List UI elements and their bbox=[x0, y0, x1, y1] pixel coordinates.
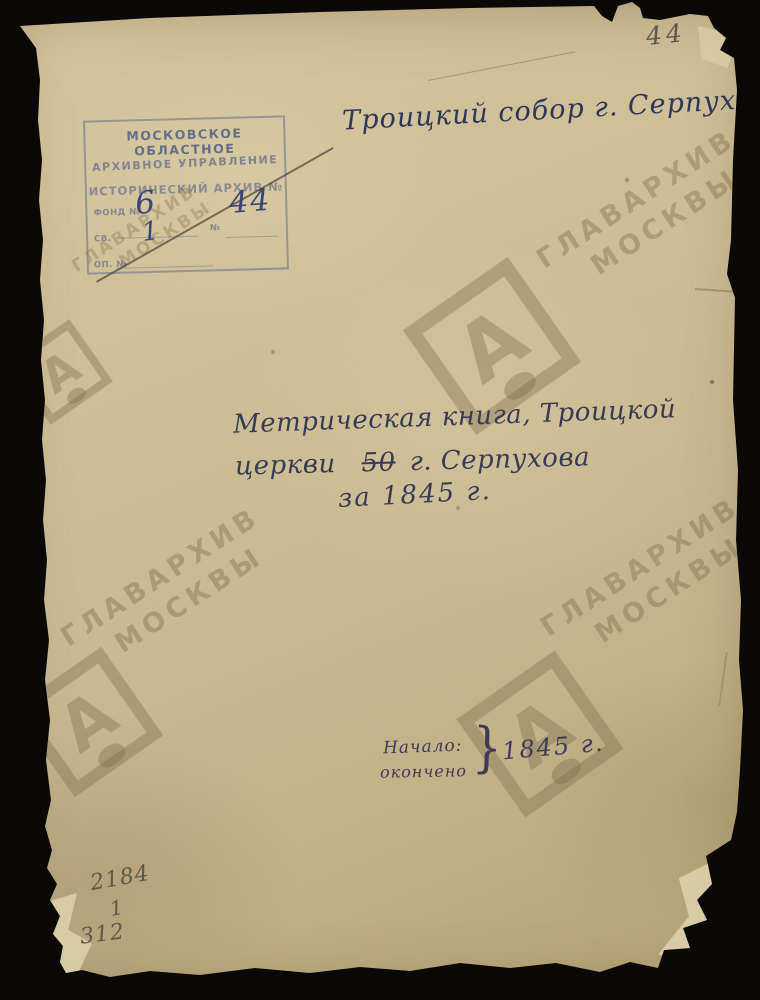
stamp-svyazka-value-handwritten: 1 bbox=[140, 216, 160, 248]
logo-letter: А bbox=[32, 343, 88, 401]
stamp-rule bbox=[226, 236, 278, 238]
paper-sheet: ГЛАВАРХИВ МОСКВЫ А ГЛАВАРХИВ МОСКВЫ А ГЛ… bbox=[0, 0, 760, 1000]
stamp-svyazka-label: СВ. bbox=[94, 234, 112, 244]
title-line2-struck-number: 50 bbox=[361, 447, 396, 478]
title-line2-rest: г. Серпухова bbox=[409, 442, 590, 477]
brace-glyph: } bbox=[472, 715, 503, 779]
archive-stamp: МОСКОВСКОЕ ОБЛАСТНОЕ АРХИВНОЕ УПРАВЛЕНИЕ… bbox=[83, 115, 289, 274]
page-number-pencil: 44 bbox=[645, 18, 688, 51]
logo-letter: А bbox=[444, 295, 541, 396]
title-line2-word: церкви bbox=[235, 449, 336, 482]
stamp-rule bbox=[117, 265, 213, 269]
scan-background: ГЛАВАРХИВ МОСКВЫ А ГЛАВАРХИВ МОСКВЫ А ГЛ… bbox=[0, 0, 760, 1000]
logo-letter: А bbox=[48, 680, 128, 763]
start-label: Начало: bbox=[383, 736, 463, 759]
stamp-number-label: № bbox=[210, 223, 221, 233]
stamp-fond-label: ФОНД № bbox=[93, 207, 140, 218]
end-label: окончено bbox=[380, 761, 467, 782]
